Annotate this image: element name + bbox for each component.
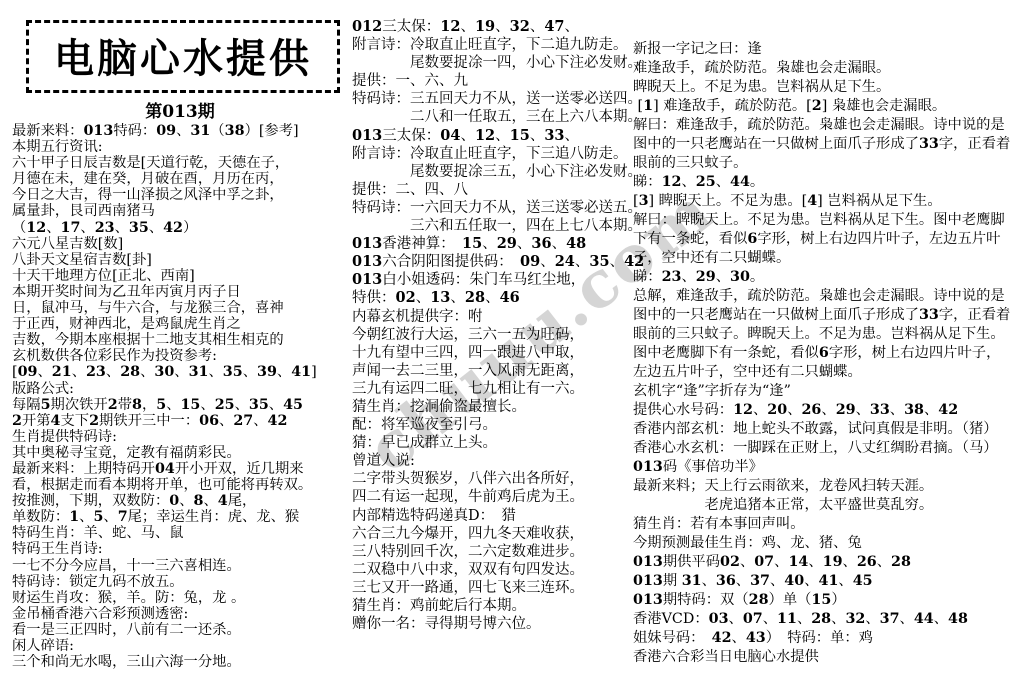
text-line: 内部精选特码递真D： 猎 <box>352 507 646 525</box>
text-line: 难逢敌手，疏於防范。枭雄也会走漏眼。 <box>633 59 1021 78</box>
text-line: 六合三九今爆开，四九冬天难收获， <box>352 525 646 543</box>
text-line: 每隔5期次铁开2带8，5、15、25、35、45 <box>12 397 348 413</box>
text-line: 猜生肖：鸡前蛇后行本期。 <box>352 597 646 615</box>
left-column: 电脑心水提供 第013期 最新来料：013特码：09、31（38）[参考]本期五… <box>12 6 348 670</box>
text-line: 十九有望中三四，四一跟进八中取， <box>352 344 646 362</box>
text-line: 本期开奖时间为乙丑年丙寅月丙子日 <box>12 284 348 300</box>
text-line: 提供心水号码：12、20、26、29、33、38、42 <box>633 401 1021 420</box>
text-line: 013六合阴阳图提供码： 09、24、35、42 <box>352 253 646 271</box>
text-line: 提供：二、四、八 <box>352 181 646 199</box>
right-column-text: 新报一字记之曰：逢难逢敌手，疏於防范。枭雄也会走漏眼。睥睨天上。不足为患。岂料祸… <box>633 40 1021 667</box>
text-line: 解曰：睥睨天上。不足为患。岂料祸从足下生。图中老鹰脚 <box>633 211 1021 230</box>
text-line: 2开第4支下2期铁开三中一：06、27、42 <box>12 413 348 429</box>
left-column-text: 最新来料：013特码：09、31（38）[参考]本期五行资讯:六十甲子日辰吉数是… <box>12 123 348 670</box>
text-line: 图中的一只老鹰站在一只做树上面爪子形成了33字，正看着 <box>633 135 1021 154</box>
text-line: 特码诗：三五回天力不从，送一送零必送四。 <box>352 90 646 108</box>
text-line: 按推测，下期，双数防：0、8、4尾， <box>12 493 348 509</box>
text-line: 最新来料：013特码：09、31（38）[参考] <box>12 123 348 139</box>
issue-number: 第013期 <box>12 97 348 122</box>
text-line: 特码诗：锁定九码不放五。 <box>12 574 348 590</box>
text-line: 闲人碎语: <box>12 638 348 654</box>
text-line: 六十甲子日辰吉数是[天道行乾，天德在子， <box>12 155 348 171</box>
lottery-tip-sheet: chuuu.com 电脑心水提供 第013期 最新来料：013特码：09、31（… <box>0 0 1024 692</box>
text-line: 生肖提供特码诗: <box>12 429 348 445</box>
text-line: 今期预测最佳生肖：鸡、龙、猪、兔 <box>633 534 1021 553</box>
text-line: 二双稳中八中求，双双有句四发达。 <box>352 561 646 579</box>
text-line: 声闻一去二三里，一入风雨无距离， <box>352 362 646 380</box>
text-line: 新报一字记之曰：逢 <box>633 40 1021 59</box>
text-line: 二字带头贺猴岁，八伴六出各所好， <box>352 470 646 488</box>
text-line: 老虎追猪本正常，太平盛世莫乱穷。 <box>633 496 1021 515</box>
text-line: 今朝红波行大运，三六一五为旺码， <box>352 326 646 344</box>
text-line: 六元八星吉数[数] <box>12 236 348 252</box>
text-line: 月德在未，建在癸，月破在酉，月历在丙， <box>12 171 348 187</box>
text-line: 四二有运一起现，牛前鸡后虎为王。 <box>352 488 646 506</box>
text-line: [3] 睥睨天上。不足为患。[4] 岂料祸从足下生。 <box>633 192 1021 211</box>
text-line: 图中的一只老鹰站在一只做树上面爪子形成了33字，正看着 <box>633 306 1021 325</box>
text-line: 013香港神算： 15、29、36、48 <box>352 235 646 253</box>
text-line: 单数防：1、5、7尾；幸运生肖：虎、龙、猴 <box>12 509 348 525</box>
text-line: 012三太保：12、19、32、47、 <box>352 18 646 36</box>
text-line: 香港内部玄机：地上蛇头不敢露，试问真假是非明。（猪） <box>633 420 1021 439</box>
text-line: 香港VCD：03、07、11、28、32、37、44、48 <box>633 610 1021 629</box>
text-line: 013白小姐透码：朱门车马红尘地， <box>352 271 646 289</box>
text-line: 本期五行资讯: <box>12 139 348 155</box>
text-line: 三个和尚无水喝，三山六海一分地。 <box>12 654 348 670</box>
text-line: 猜：早已成群立上头。 <box>352 434 646 452</box>
text-line: 子，空中还有二只蝴蝶。 <box>633 249 1021 268</box>
text-line: 总解，难逢敌手，疏於防范。枭雄也会走漏眼。诗中说的是 <box>633 287 1021 306</box>
text-line: 属量卦，艮司西南猪马 <box>12 203 348 219</box>
text-line: 013期供平码02、07、14、19、26、28 <box>633 553 1021 572</box>
text-line: 配：将军巡夜至引弓。 <box>352 416 646 434</box>
text-line: 猜生肖：挖洞偷盗最擅长。 <box>352 398 646 416</box>
text-line: 睥睨天上。不足为患。岂料祸从足下生。 <box>633 78 1021 97</box>
text-line: 附言诗：冷取直止旺直字，下二追九防走。 <box>352 36 646 54</box>
text-line: 看一是三正四时，八前有二一还杀。 <box>12 622 348 638</box>
text-line: 财运生肖攻：猴，羊。防：兔，龙 。 <box>12 590 348 606</box>
text-line: 玄机数供各位彩民作为投资参考: <box>12 348 348 364</box>
text-line: [1] 难逢敌手，疏於防范。[2] 枭雄也会走漏眼。 <box>633 97 1021 116</box>
text-line: 特码王生肖诗: <box>12 541 348 557</box>
text-line: 睇：23、29、30。 <box>633 268 1021 287</box>
text-line: （12、17、23、35、42） <box>12 220 348 236</box>
page-title: 电脑心水提供 <box>54 35 312 82</box>
text-line: 013期 31、36、37、40、41、45 <box>633 572 1021 591</box>
text-line: 睇：12、25、44。 <box>633 173 1021 192</box>
text-line: 三八特别回千次，二六定数难进步。 <box>352 543 646 561</box>
text-line: 二八和一任取五，三在上六八本期。 <box>352 108 646 126</box>
text-line: [09、21、23、28、30、31、35、39、41] <box>12 364 348 380</box>
text-line: 曾道人说: <box>352 452 646 470</box>
text-line: 看，根据走而看本期将开单，也可能将再转双。 <box>12 477 348 493</box>
text-line: 香港心水玄机：一脚踩在正财上，八丈红绸盼君摘。（马） <box>633 439 1021 458</box>
text-line: 八卦天文星宿吉数[卦] <box>12 252 348 268</box>
middle-column: 012三太保：12、19、32、47、附言诗：冷取直止旺直字，下二追九防走。 尾… <box>352 18 646 633</box>
text-line: 一七不分今应昌，十一三六喜相连。 <box>12 558 348 574</box>
text-line: 013三太保：04、12、15、33、 <box>352 127 646 145</box>
text-line: 特码诗：一六回天力不从，送三送零必送五。 <box>352 199 646 217</box>
text-line: 下有一条蛇，看似6字形，树上右边四片叶子，左边五片叶 <box>633 230 1021 249</box>
text-line: 附言诗：冷取直止旺直字，下三追八防走。 <box>352 145 646 163</box>
text-line: 吉数，今期本座根据十二地支其相生相克的 <box>12 332 348 348</box>
text-line: 提供：一、六、九 <box>352 72 646 90</box>
text-line: 三六和五任取一，四在上七八本期。 <box>352 217 646 235</box>
text-line: 013码《事倍功半》 <box>633 458 1021 477</box>
text-line: 版路公式: <box>12 381 348 397</box>
middle-column-text: 012三太保：12、19、32、47、附言诗：冷取直止旺直字，下二追九防走。 尾… <box>352 18 646 633</box>
text-line: 其中奥秘寻宝竟，定教有福荫彩民。 <box>12 445 348 461</box>
right-column: 新报一字记之曰：逢难逢敌手，疏於防范。枭雄也会走漏眼。睥睨天上。不足为患。岂料祸… <box>633 40 1021 667</box>
text-line: 左边五片叶子，空中还有二只蝴蝶。 <box>633 363 1021 382</box>
text-line: 013期特码：双（28）单（15） <box>633 591 1021 610</box>
text-line: 特码生肖：羊、蛇、马、鼠 <box>12 525 348 541</box>
text-line: 眼前的三只蚊子。睥睨天上。不足为患。岂料祸从足下生。 <box>633 325 1021 344</box>
text-line: 最新来料：上期特码开04开小开双，近几期来 <box>12 461 348 477</box>
text-line: 最新来料；天上行云雨欲来，龙卷风扫转天涯。 <box>633 477 1021 496</box>
text-line: 尾数要捉凃一四，小心下注必发财。 <box>352 54 646 72</box>
text-line: 眼前的三只蚊子。 <box>633 154 1021 173</box>
text-line: 赠你一名：寻得期号博六位。 <box>352 615 646 633</box>
text-line: 三七又开一路通，四七飞来三连环。 <box>352 579 646 597</box>
text-line: 内幕玄机提供字：咐 <box>352 308 646 326</box>
text-line: 于正西，财神西北，是鸡鼠虎生肖之 <box>12 316 348 332</box>
text-line: 姐妹号码： 42、43） 特码：单：鸡 <box>633 629 1021 648</box>
text-line: 三九有运四二旺，七九相让有一六。 <box>352 380 646 398</box>
text-line: 图中老鹰脚下有一条蛇，看似6字形，树上右边四片叶子， <box>633 344 1021 363</box>
text-line: 日，鼠冲马，与牛六合，与龙猴三合，喜神 <box>12 300 348 316</box>
text-line: 今日之大吉，得一山泽损之风泽中孚之卦， <box>12 187 348 203</box>
text-line: 特供：02、13、28、46 <box>352 289 646 307</box>
text-line: 香港六合彩当日电脑心水提供 <box>633 648 1021 667</box>
text-line: 解曰：难逢敌手，疏於防范。枭雄也会走漏眼。诗中说的是 <box>633 116 1021 135</box>
text-line: 玄机字“逢”字折存为“逢” <box>633 382 1021 401</box>
text-line: 猜生肖：若有本事回声叫。 <box>633 515 1021 534</box>
title-box: 电脑心水提供 <box>26 20 340 93</box>
text-line: 金吊桶香港六合彩预测透密: <box>12 606 348 622</box>
text-line: 十天干地理方位[正北、西南] <box>12 268 348 284</box>
text-line: 尾数要捉凃三五，小心下注必发财。 <box>352 163 646 181</box>
